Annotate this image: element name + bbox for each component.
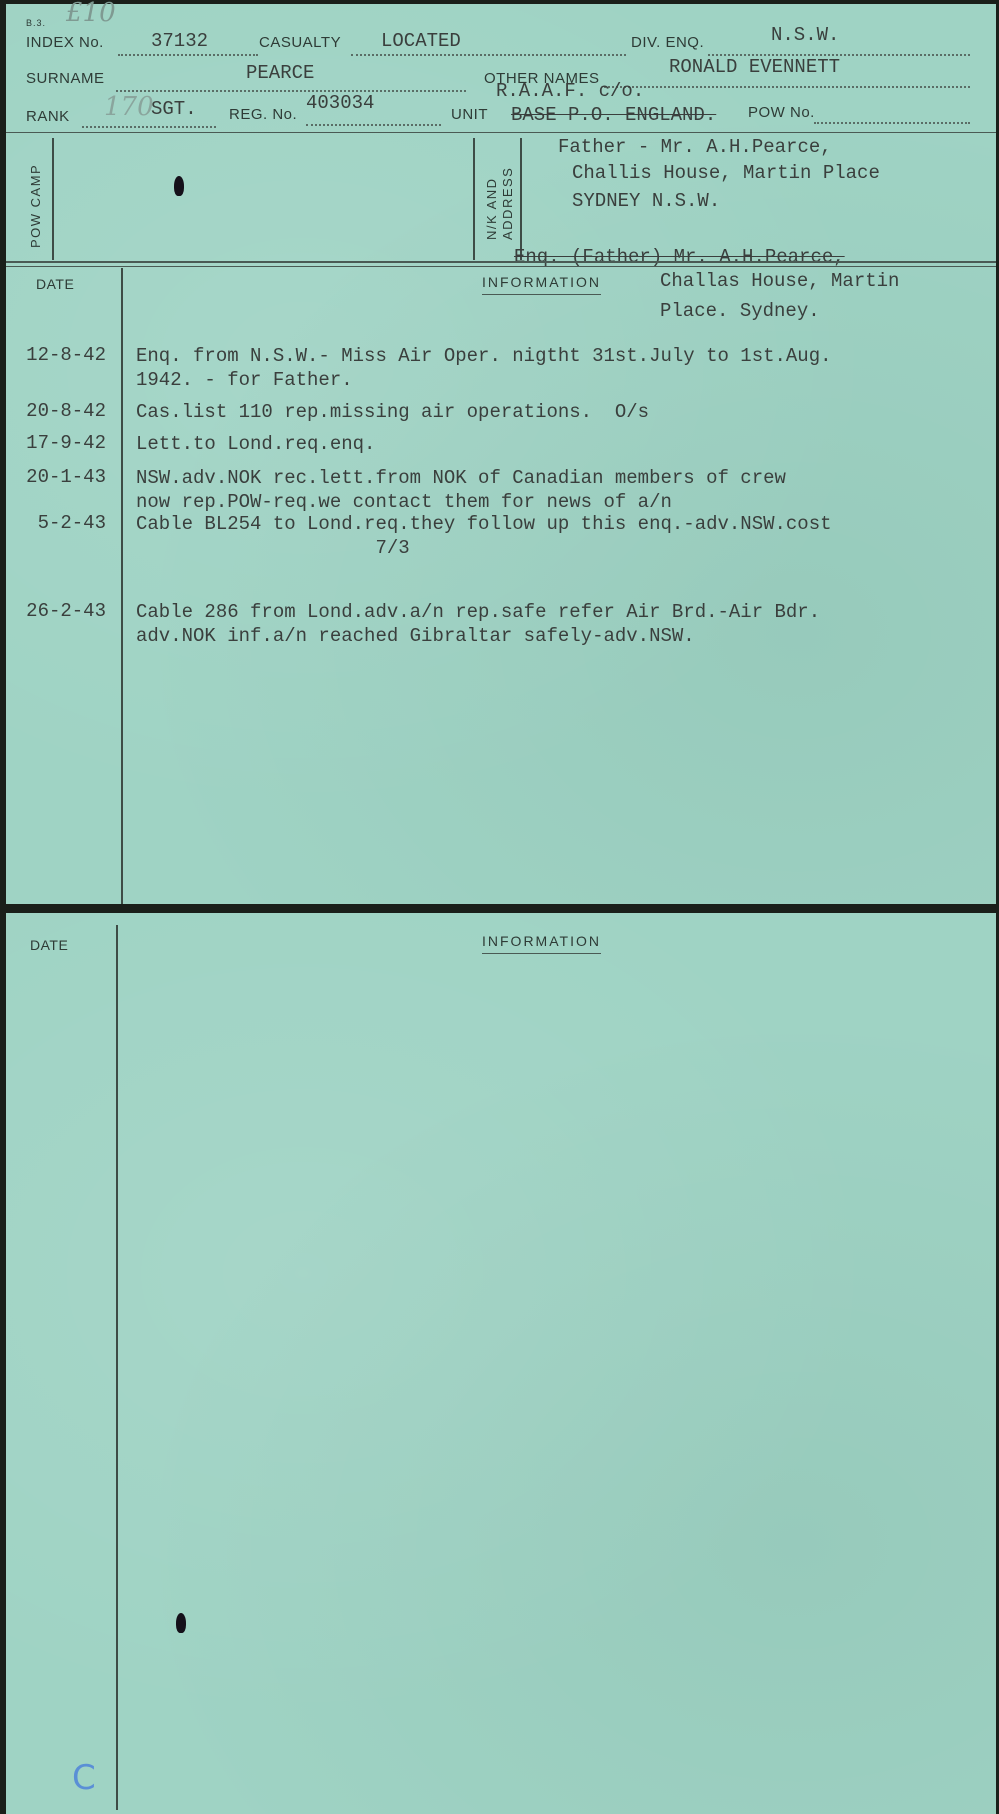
form-code: B.3.	[26, 18, 46, 28]
index-no-value: 37132	[151, 30, 208, 52]
blue-mark: C	[72, 1758, 96, 1798]
other-names-value: RONALD EVENNETT	[669, 56, 840, 78]
entry-date: 5-2-43	[6, 512, 106, 534]
front-date-header: DATE	[36, 276, 74, 292]
pencil-note-rank: 170	[104, 92, 154, 122]
rank-label: RANK	[26, 108, 70, 125]
nok-struck-line: Enq. (Father) Mr. A.H.Pearce,	[514, 246, 845, 268]
entry-date: 20-8-42	[6, 400, 106, 422]
entry-date: 17-9-42	[6, 432, 106, 454]
index-no-label: INDEX No.	[26, 34, 104, 51]
back-date-header: DATE	[30, 937, 68, 953]
nok-line-2: Challis House, Martin Place	[572, 162, 880, 184]
entry-text: NSW.adv.NOK rec.lett.from NOK of Canadia…	[136, 466, 786, 514]
pow-camp-label: POW CAMP	[28, 164, 43, 248]
nok-label-line2: ADDRESS	[500, 167, 515, 240]
reg-no-value: 403034	[306, 92, 374, 114]
nok-line-3: SYDNEY N.S.W.	[572, 190, 720, 212]
nok-label-line1: N/K AND	[484, 177, 499, 240]
pencil-note-top: £10	[66, 0, 116, 28]
casualty-label: CASUALTY	[259, 34, 341, 51]
nok-extra-line-1: Challas House, Martin	[660, 270, 899, 292]
entry-text: Cable BL254 to Lond.req.they follow up t…	[136, 512, 832, 560]
front-info-header: INFORMATION	[482, 274, 601, 295]
entry-text: Lett.to Lond.req.enq.	[136, 432, 375, 456]
card-front: B.3. £10 INDEX No. 37132 CASUALTY LOCATE…	[6, 4, 996, 904]
entry-text: Enq. from N.S.W.- Miss Air Oper. nigtht …	[136, 344, 832, 392]
casualty-value: LOCATED	[381, 30, 461, 52]
nok-extra-line-2: Place. Sydney.	[660, 300, 820, 322]
pow-no-label: POW No.	[748, 104, 815, 121]
entry-date: 12-8-42	[6, 344, 106, 366]
punch-hole-back	[176, 1613, 186, 1633]
entry-text: Cas.list 110 rep.missing air operations.…	[136, 400, 649, 424]
div-enq-label: DIV. ENQ.	[631, 34, 704, 51]
card-back: DATE INFORMATION C	[6, 913, 996, 1814]
unit-value-line1: R.A.A.F. c/o.	[496, 80, 644, 102]
entry-text: Cable 286 from Lond.adv.a/n rep.safe ref…	[136, 600, 820, 648]
unit-label: UNIT	[451, 106, 488, 123]
div-enq-value: N.S.W.	[771, 24, 839, 46]
unit-value-line2: BASE P.O. ENGLAND.	[511, 104, 716, 126]
back-info-header: INFORMATION	[482, 933, 601, 954]
nok-line-1: Father - Mr. A.H.Pearce,	[558, 136, 832, 158]
entry-date: 26-2-43	[6, 600, 106, 622]
rank-value: SGT.	[151, 98, 197, 120]
surname-value: PEARCE	[246, 62, 314, 84]
punch-hole	[174, 176, 184, 196]
entry-date: 20-1-43	[6, 466, 106, 488]
reg-no-label: REG. No.	[229, 106, 297, 123]
surname-label: SURNAME	[26, 70, 105, 87]
